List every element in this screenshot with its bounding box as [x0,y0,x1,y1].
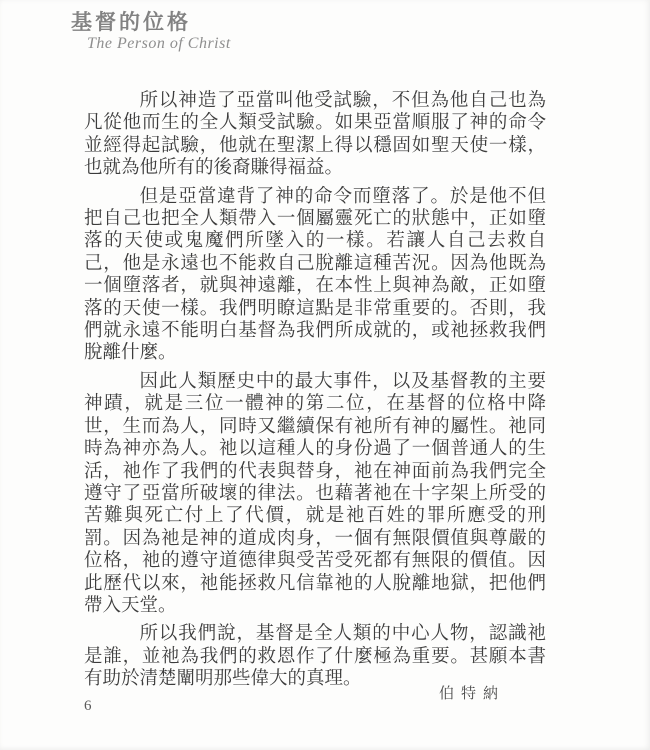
paragraph-4: 所以我們說，基督是全人類的中心人物，認識祂是誰，並祂為我們的救恩作了什麼極為重要… [84,623,546,690]
paragraph-2: 但是亞當違背了神的命令而墮落了。於是他不但把自己也把全人類帶入一個屬靈死亡的狀態… [84,186,546,365]
running-header: 基督的位格 The Person of Christ [71,10,231,53]
book-page: 基督的位格 The Person of Christ 所以神造了亞當叫他受試驗，… [0,0,650,750]
body-text-block: 所以神造了亞當叫他受試驗，不但為他自己也為凡從他而生的全人類受試驗。如果亞當順服… [84,90,546,691]
page-number: 6 [84,698,92,715]
paragraph-1: 所以神造了亞當叫他受試驗，不但為他自己也為凡從他而生的全人類受試驗。如果亞當順服… [84,90,546,180]
paragraph-3: 因此人類歷史中的最大事件，以及基督教的主要神蹟，就是三位一體神的第二位，在基督的… [84,371,546,617]
author-signature: 伯特納 [439,682,505,703]
book-title-chinese: 基督的位格 [71,10,231,34]
book-title-english: The Person of Christ [87,35,231,53]
